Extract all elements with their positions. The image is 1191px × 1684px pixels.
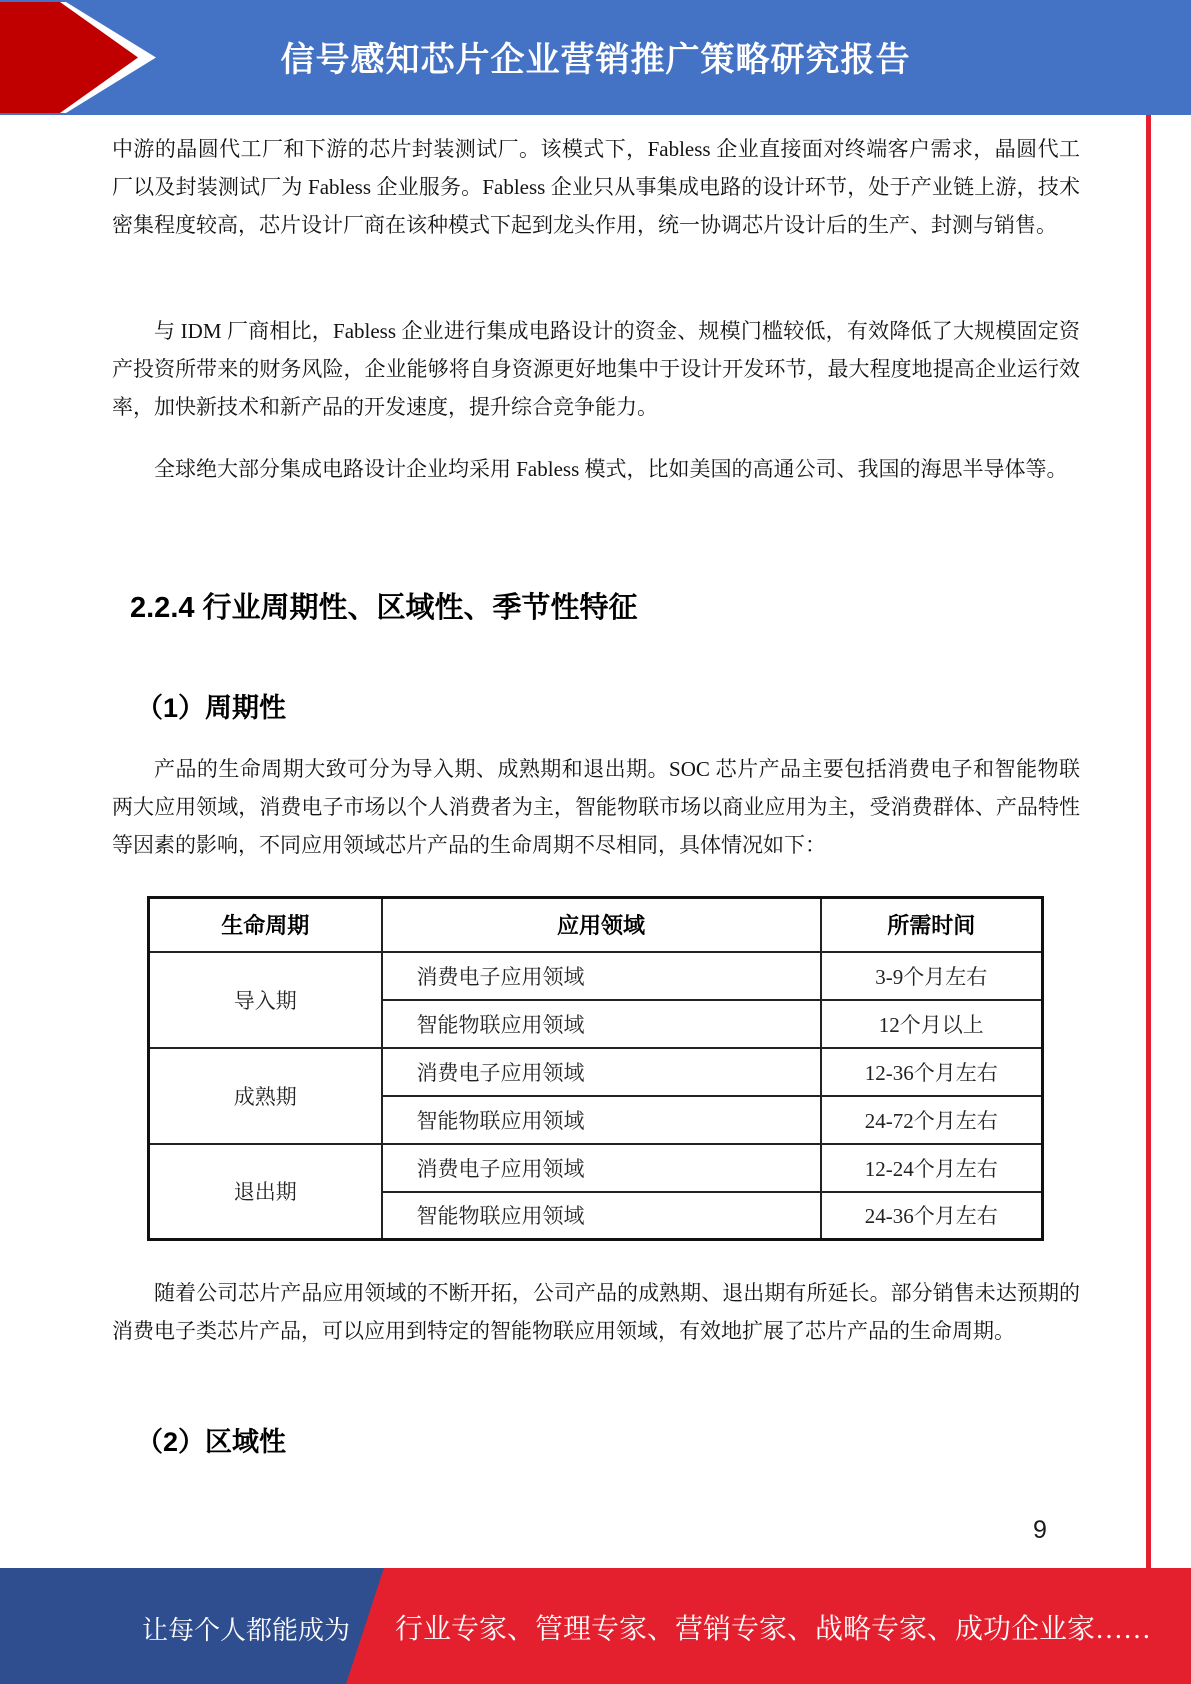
time-cell: 24-36个月左右 <box>821 1192 1043 1240</box>
col-header-lifecycle: 生命周期 <box>149 898 382 952</box>
time-cell: 3-9个月左右 <box>821 952 1043 1000</box>
lifecycle-table: 生命周期 应用领域 所需时间 导入期 消费电子应用领域 3-9个月左右 智能物联… <box>147 896 1044 1241</box>
time-cell: 12-24个月左右 <box>821 1144 1043 1192</box>
time-cell: 24-72个月左右 <box>821 1096 1043 1144</box>
subsection-heading-regionality: （2）区域性 <box>136 1420 836 1459</box>
time-cell: 12个月以上 <box>821 1000 1043 1048</box>
footer-slogan-right: 行业专家、管理专家、营销专家、战略专家、成功企业家…… <box>395 1612 1155 1648</box>
app-cell: 消费电子应用领域 <box>382 1144 821 1192</box>
subsection-heading-periodicity: （1）周期性 <box>136 686 836 725</box>
table-header-row: 生命周期 应用领域 所需时间 <box>149 898 1043 952</box>
app-cell: 消费电子应用领域 <box>382 952 821 1000</box>
table-row: 导入期 消费电子应用领域 3-9个月左右 <box>149 952 1043 1000</box>
table-row: 成熟期 消费电子应用领域 12-36个月左右 <box>149 1048 1043 1096</box>
right-accent-line <box>1146 115 1151 1568</box>
report-page: 信号感知芯片企业营销推广策略研究报告 中游的晶圆代工厂和下游的芯片封装测试厂。该… <box>0 0 1191 1684</box>
footer-band: 让每个人都能成为 行业专家、管理专家、营销专家、战略专家、成功企业家…… <box>0 1568 1191 1684</box>
paragraph-fabless-mode: 中游的晶圆代工厂和下游的芯片封装测试厂。该模式下，Fabless 企业直接面对终… <box>112 130 1080 244</box>
app-cell: 智能物联应用领域 <box>382 1000 821 1048</box>
lifecycle-table-wrapper: 生命周期 应用领域 所需时间 导入期 消费电子应用领域 3-9个月左右 智能物联… <box>147 896 1044 1241</box>
stage-cell-maturity: 成熟期 <box>149 1048 382 1144</box>
footer-slogan-left: 让每个人都能成为 <box>140 1614 352 1648</box>
header-band: 信号感知芯片企业营销推广策略研究报告 <box>0 0 1191 115</box>
paragraph-lifecycle-extension: 随着公司芯片产品应用领域的不断开拓，公司产品的成熟期、退出期有所延长。部分销售未… <box>112 1274 1080 1350</box>
paragraph-idm-compare: 与 IDM 厂商相比，Fabless 企业进行集成电路设计的资金、规模门槛较低，… <box>112 312 1080 426</box>
paragraph-global-fabless: 全球绝大部分集成电路设计企业均采用 Fabless 模式，比如美国的高通公司、我… <box>112 450 1080 488</box>
paragraph-lifecycle-intro: 产品的生命周期大致可分为导入期、成熟期和退出期。SOC 芯片产品主要包括消费电子… <box>112 750 1080 864</box>
page-number: 9 <box>1012 1516 1068 1545</box>
time-cell: 12-36个月左右 <box>821 1048 1043 1096</box>
col-header-application: 应用领域 <box>382 898 821 952</box>
app-cell: 智能物联应用领域 <box>382 1192 821 1240</box>
table-row: 退出期 消费电子应用领域 12-24个月左右 <box>149 1144 1043 1192</box>
app-cell: 消费电子应用领域 <box>382 1048 821 1096</box>
app-cell: 智能物联应用领域 <box>382 1096 821 1144</box>
col-header-duration: 所需时间 <box>821 898 1043 952</box>
report-title: 信号感知芯片企业营销推广策略研究报告 <box>0 0 1191 112</box>
stage-cell-exit: 退出期 <box>149 1144 382 1240</box>
section-heading-2-2-4: 2.2.4 行业周期性、区域性、季节性特征 <box>130 585 1030 626</box>
stage-cell-introduction: 导入期 <box>149 952 382 1048</box>
